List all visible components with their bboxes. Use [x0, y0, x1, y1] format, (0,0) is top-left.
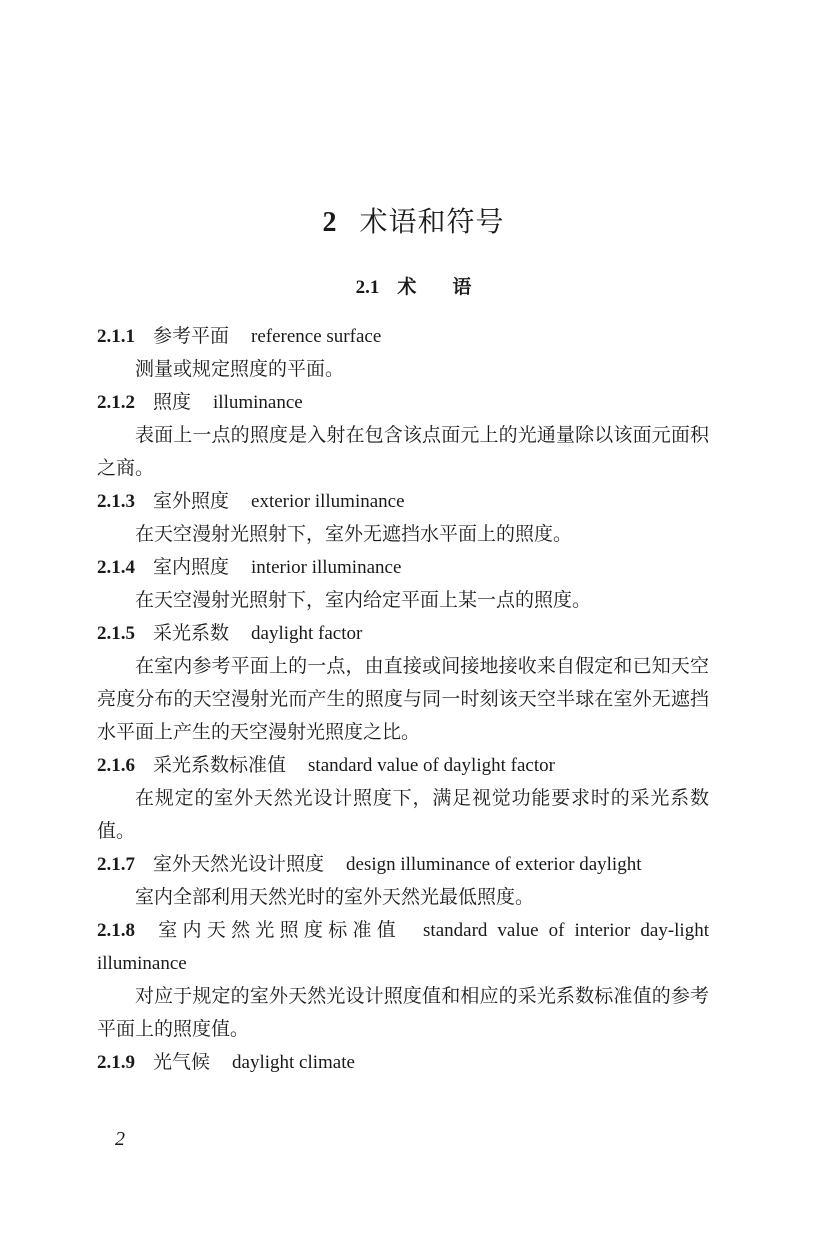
term-number: 2.1.3: [97, 491, 135, 512]
term-number: 2.1.5: [97, 623, 135, 644]
term-number: 2.1.9: [97, 1052, 135, 1073]
term-heading: 2.1.4室内照度interior illuminance: [97, 551, 709, 584]
section-number: 2.1: [356, 277, 380, 298]
term-en: interior illuminance: [251, 557, 401, 578]
term-definition: 表面上一点的照度是入射在包含该点面元上的光通量除以该面元面积之商。: [97, 419, 709, 485]
terms-list: 2.1.1参考平面reference surface 测量或规定照度的平面。 2…: [97, 320, 709, 1079]
term-zh: 光气候: [153, 1051, 210, 1073]
term-zh: 采光系数: [153, 622, 229, 644]
section-title-part1: 术: [397, 276, 416, 298]
term-heading: 2.1.9光气候daylight climate: [97, 1046, 709, 1079]
term-definition: 对应于规定的室外天然光设计照度值和相应的采光系数标准值的参考平面上的照度值。: [97, 980, 709, 1046]
term-definition: 测量或规定照度的平面。: [97, 353, 709, 386]
term-heading: 2.1.1参考平面reference surface: [97, 320, 709, 353]
term-en: illuminance: [213, 392, 303, 413]
term-number: 2.1.1: [97, 326, 135, 347]
chapter-number: 2: [322, 207, 337, 238]
term-definition: 室内全部利用天然光时的室外天然光最低照度。: [97, 881, 709, 914]
term-zh: 照度: [153, 391, 191, 413]
term-heading: 2.1.7室外天然光设计照度design illuminance of exte…: [97, 848, 709, 881]
term-heading: 2.1.2照度illuminance: [97, 386, 709, 419]
term-en: daylight climate: [232, 1052, 355, 1073]
section-title-part2: 语: [452, 276, 471, 298]
term-definition: 在天空漫射光照射下，室外无遮挡水平面上的照度。: [97, 518, 709, 551]
term-number: 2.1.7: [97, 854, 135, 875]
section-title: 2.1术语: [0, 272, 827, 299]
page-number: 2: [115, 1128, 125, 1151]
term-heading: 2.1.3室外照度exterior illuminance: [97, 485, 709, 518]
term-definition: 在规定的室外天然光设计照度下，满足视觉功能要求时的采光系数值。: [97, 782, 709, 848]
term-en: design illuminance of exterior daylight: [346, 854, 641, 875]
term-zh: 采光系数标准值: [153, 754, 286, 776]
term-definition: 在天空漫射光照射下，室内给定平面上某一点的照度。: [97, 584, 709, 617]
term-heading: 2.1.5采光系数daylight factor: [97, 617, 709, 650]
term-number: 2.1.2: [97, 392, 135, 413]
term-heading: 2.1.8室内天然光照度标准值standard value of interio…: [97, 914, 709, 980]
term-zh: 参考平面: [153, 325, 229, 347]
term-heading: 2.1.6采光系数标准值standard value of daylight f…: [97, 749, 709, 782]
term-zh: 室内天然光照度标准值: [153, 919, 401, 941]
chapter-title: 2术语和符号: [0, 200, 827, 240]
chapter-title-text: 术语和符号: [359, 205, 504, 238]
term-zh: 室外天然光设计照度: [153, 853, 324, 875]
term-en: reference surface: [251, 326, 381, 347]
term-number: 2.1.4: [97, 557, 135, 578]
term-number: 2.1.6: [97, 755, 135, 776]
term-zh: 室内照度: [153, 556, 229, 578]
term-en: daylight factor: [251, 623, 362, 644]
term-definition: 在室内参考平面上的一点，由直接或间接地接收来自假定和已知天空亮度分布的天空漫射光…: [97, 650, 709, 749]
term-zh: 室外照度: [153, 490, 229, 512]
term-en: standard value of daylight factor: [308, 755, 555, 776]
term-number: 2.1.8: [97, 920, 135, 941]
term-en: exterior illuminance: [251, 491, 405, 512]
